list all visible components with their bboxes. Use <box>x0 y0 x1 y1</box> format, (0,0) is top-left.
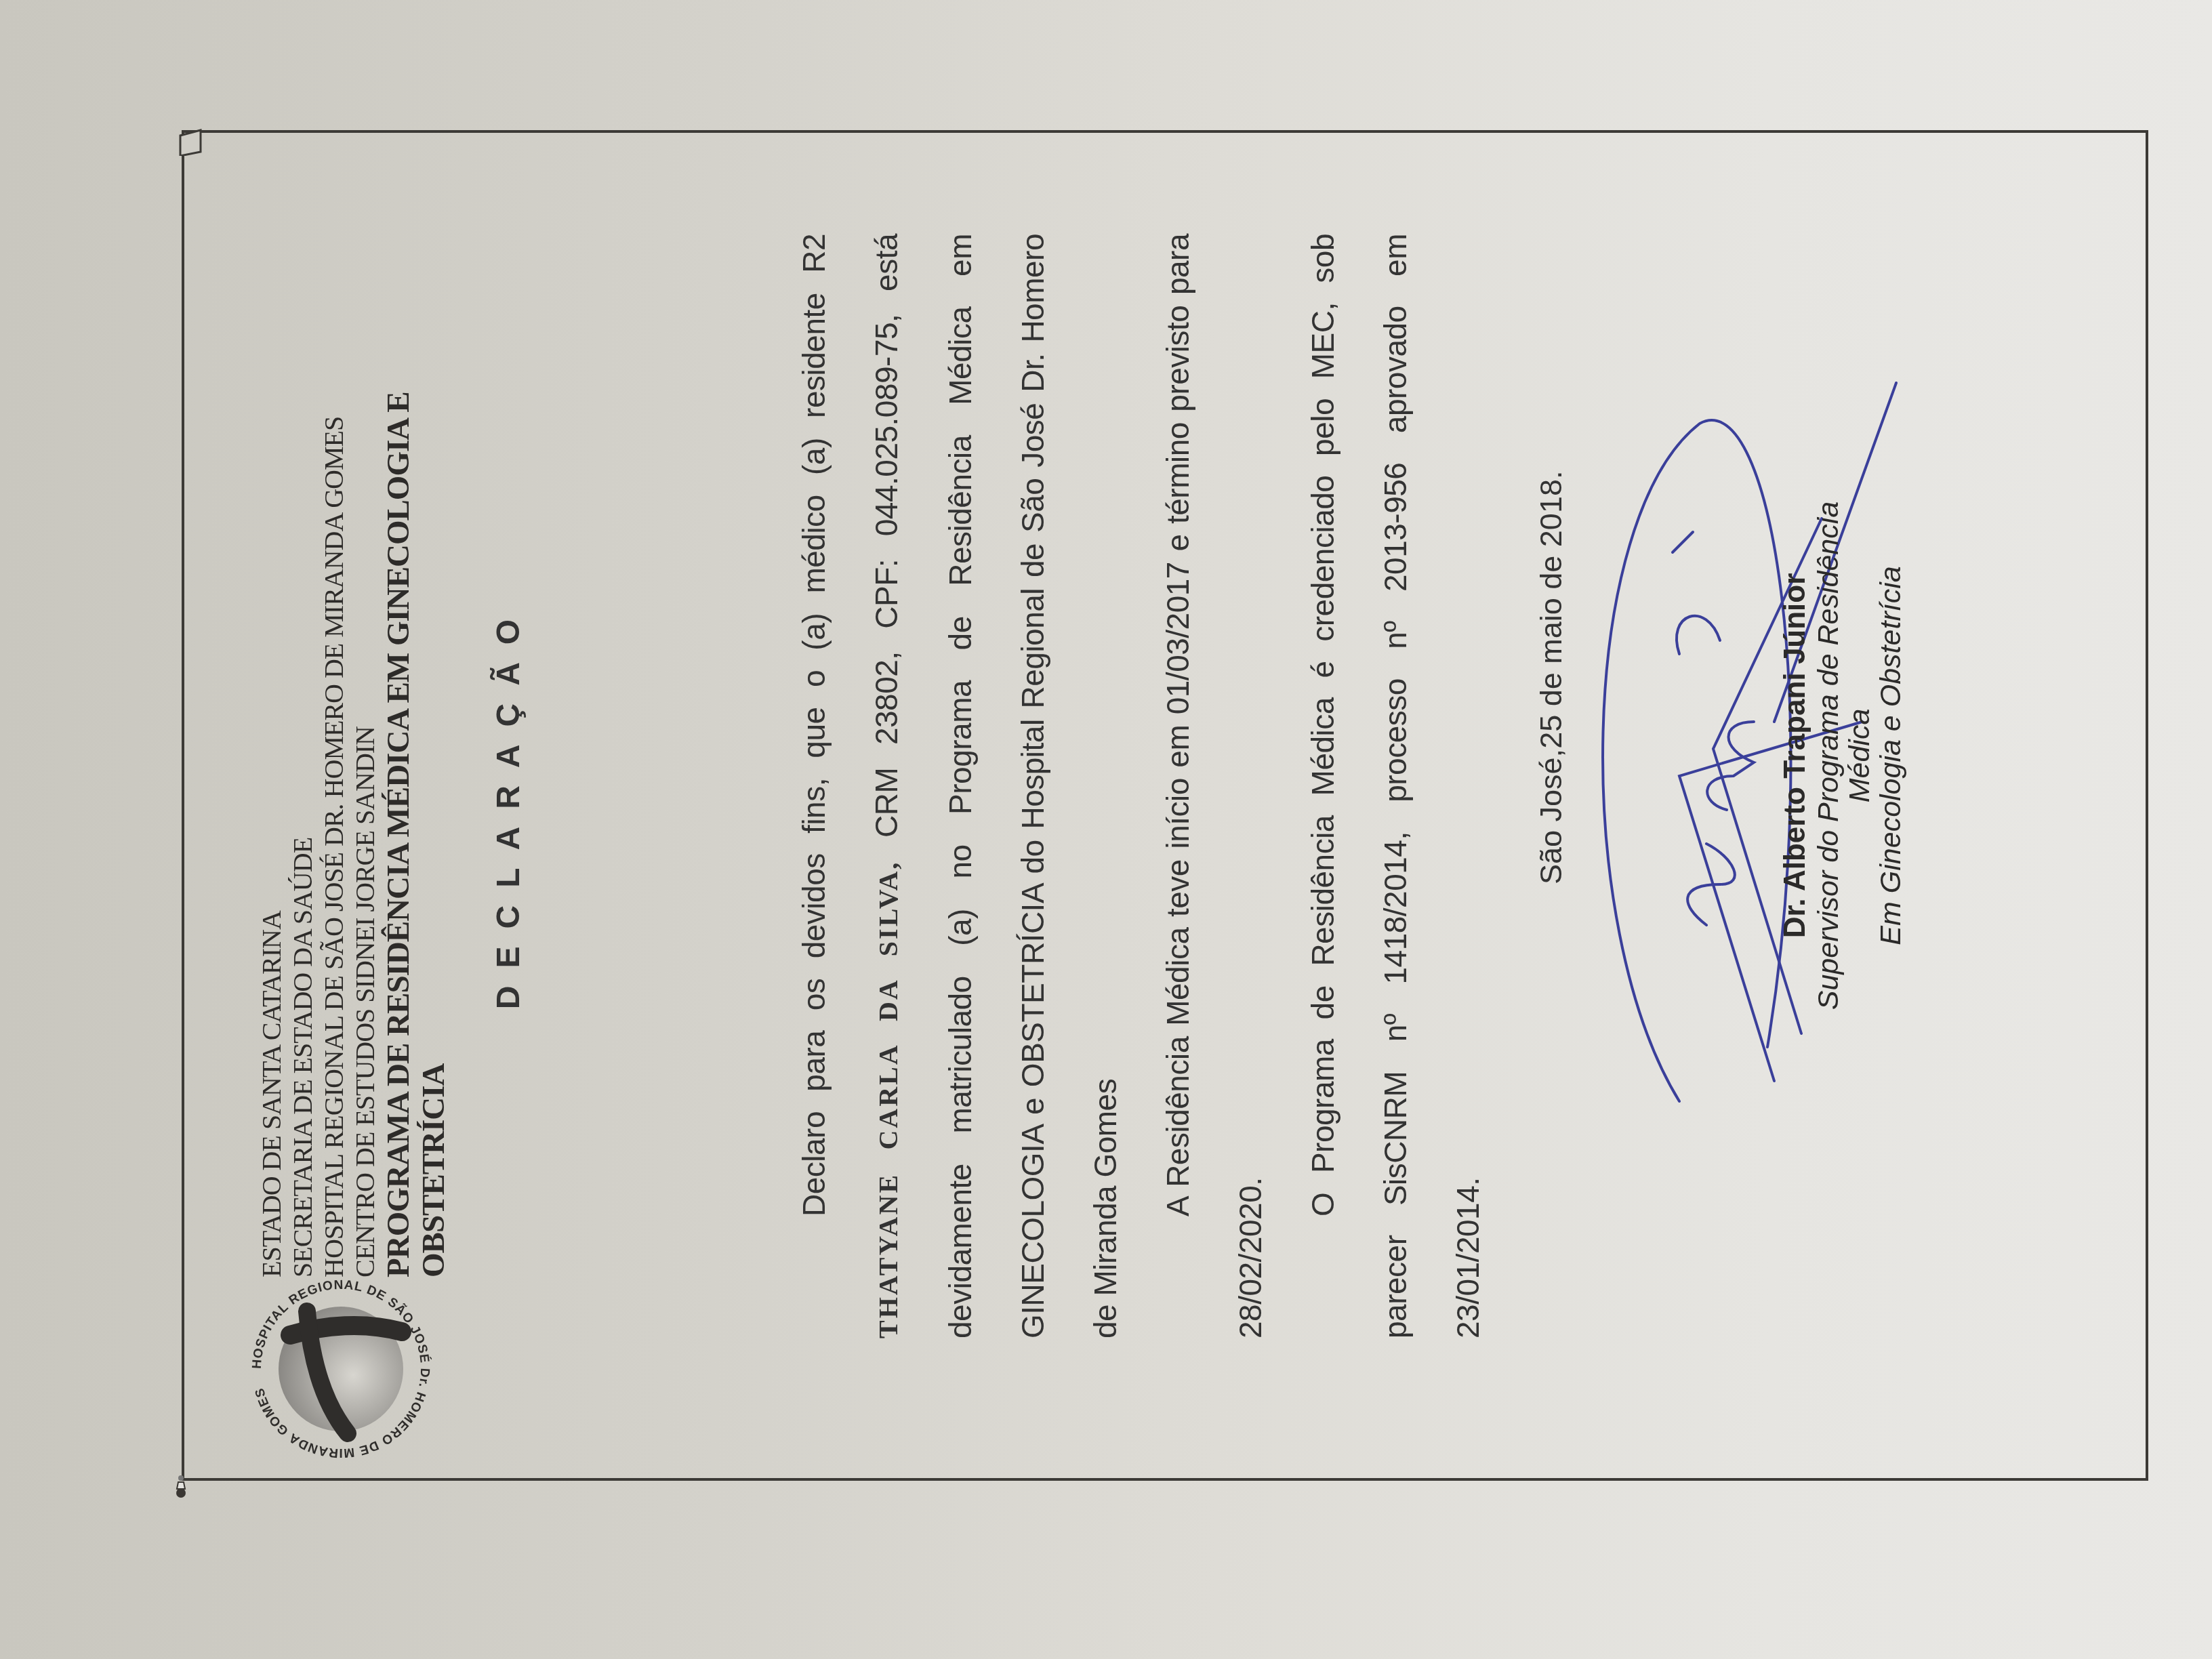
folded-corner-icon <box>179 129 206 156</box>
paragraph-intro: Declaro para os devidos fins, que o (a) … <box>796 234 832 1216</box>
pushpin-icon <box>172 1471 190 1498</box>
header-program-line2: OBSTETRÍCIA <box>416 159 451 1277</box>
paragraph-enrollment: Declaro para os devidos fins, que o (a) … <box>778 234 1142 1338</box>
header-line-state: ESTADO DE SANTA CATARINA <box>256 159 287 1277</box>
signature-block: Dr. Alberto Trapani Júnior Supervisor do… <box>1778 451 1906 1061</box>
place-and-date: São José,25 de maio de 2018. <box>1534 471 1569 884</box>
hospital-logo: HOSPITAL REGIONAL DE SÃO JOSÉ Dr. HOMERO… <box>243 1271 439 1467</box>
header-line-study-center: CENTRO DE ESTUDOS SIDNEI JORGE SANDIN <box>350 159 381 1277</box>
document-title: DECLARAÇÃO <box>490 130 527 1481</box>
signatory-role-line1: Supervisor do Programa de Residência Méd… <box>1813 451 1875 1061</box>
letterhead: ESTADO DE SANTA CATARINA SECRETARIA DE E… <box>256 159 451 1277</box>
paragraph-dates: A Residência Médica teve início em 01/03… <box>1142 234 1287 1338</box>
signatory-name: Dr. Alberto Trapani Júnior <box>1778 451 1813 1061</box>
paragraph-enrollment-rest: CRM 23802, CPF: 044.025.089-75, está dev… <box>869 234 1123 1338</box>
resident-name: THATYANE CARLA DA SILVA, <box>873 861 903 1338</box>
header-line-hospital: HOSPITAL REGIONAL DE SÃO JOSÉ DR. HOMERO… <box>319 159 350 1277</box>
signatory-role-line2: Em Ginecologia e Obstetrícia <box>1875 451 1906 1061</box>
paragraph-accreditation: O Programa de Residência Médica é creden… <box>1287 234 1504 1338</box>
header-line-secretariat: SECRETARIA DE ESTADO DA SAÚDE <box>287 159 319 1277</box>
document-page: HOSPITAL REGIONAL DE SÃO JOSÉ Dr. HOMERO… <box>182 130 2148 1481</box>
header-program-line1: PROGRAMA DE RESIDÊNCIA MÉDICA EM GINECOL… <box>381 159 416 1277</box>
declaration-body: Declaro para os devidos fins, que o (a) … <box>778 234 1504 1338</box>
